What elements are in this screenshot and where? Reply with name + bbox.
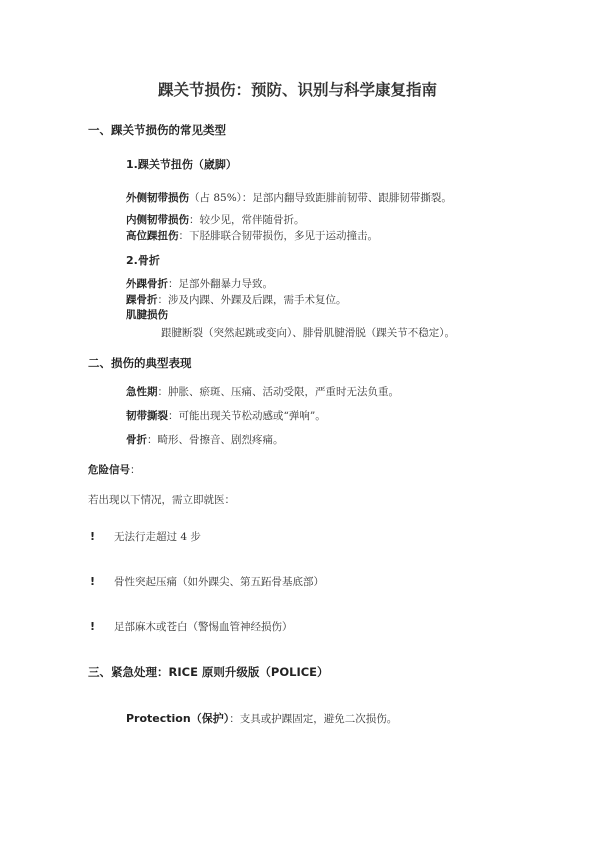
item-text: ：支具或护踝固定，避免二次损伤。 <box>229 713 397 725</box>
item-ligament-tear: 韧带撕裂：可能出现关节松动感或“弹响”。 <box>126 408 326 423</box>
item-lateral-malleolus-fracture: 外踝骨折：足部外翻暴力导致。 <box>126 276 273 291</box>
item-fracture-signs: 骨折：畸形、骨擦音、剧烈疼痛。 <box>126 432 284 447</box>
item-high-ankle-sprain: 高位踝扭伤：下胫腓联合韧带损伤，多见于运动撞击。 <box>126 228 378 243</box>
tendon-injury-text: 跟腱断裂（突然起跳或变向）、腓骨肌腱滑脱（踝关节不稳定）。 <box>161 325 455 340</box>
item-text: ：足部外翻暴力导致。 <box>168 278 273 290</box>
item-label: 外侧韧带损伤 <box>126 192 189 204</box>
document-title: 踝关节损伤：预防、识别与科学康复指南 <box>0 78 595 100</box>
item-text: ：可能出现关节松动感或“弹响”。 <box>168 410 326 422</box>
item-label: 内侧韧带损伤 <box>126 214 189 226</box>
item-text: ：畸形、骨擦音、剧烈疼痛。 <box>147 434 284 446</box>
item-lateral-ligament: 外侧韧带损伤（占 85%）：足部内翻导致距腓前韧带、跟腓韧带撕裂。 <box>126 190 452 205</box>
item-acute-phase: 急性期：肿胀、瘀斑、压痛、活动受限，严重时无法负重。 <box>126 384 399 399</box>
item-label: 踝骨折 <box>126 294 158 306</box>
section-1-heading: 一、踝关节损伤的常见类型 <box>88 122 226 138</box>
subsection-fracture-heading: 2.骨折 <box>126 252 160 268</box>
item-text: ：较少见，常伴随骨折。 <box>189 214 305 226</box>
item-text: ：下胫腓联合韧带损伤，多见于运动撞击。 <box>179 230 379 242</box>
item-ankle-fracture: 踝骨折：涉及内踝、外踝及后踝，需手术复位。 <box>126 292 347 307</box>
danger-item: !无法行走超过 4 步 <box>90 529 201 544</box>
item-text: （占 85%）：足部内翻导致距腓前韧带、跟腓韧带撕裂。 <box>189 192 452 204</box>
section-2-heading: 二、损伤的典型表现 <box>88 355 192 371</box>
danger-item: !骨性突起压痛（如外踝尖、第五跖骨基底部） <box>90 574 324 589</box>
item-label: 高位踝扭伤 <box>126 230 179 242</box>
danger-signals-heading: 危险信号： <box>88 462 141 477</box>
subsection-sprain-heading: 1.踝关节扭伤（崴脚） <box>126 156 237 172</box>
item-label: Protection（保护） <box>126 712 229 725</box>
item-text: ：涉及内踝、外踝及后踝，需手术复位。 <box>158 294 347 306</box>
item-label: 急性期 <box>126 386 158 398</box>
item-medial-ligament: 内侧韧带损伤：较少见，常伴随骨折。 <box>126 212 305 227</box>
exclamation-icon: ! <box>90 530 114 543</box>
danger-item: !足部麻木或苍白（警惕血管神经损伤） <box>90 619 293 634</box>
section-3-heading: 三、紧急处理：RICE 原则升级版（POLICE） <box>88 664 329 680</box>
item-label: 骨折 <box>126 434 147 446</box>
item-label: 外踝骨折 <box>126 278 168 290</box>
tendon-injury-heading: 肌腱损伤 <box>126 307 168 322</box>
item-protection: Protection（保护）：支具或护踝固定，避免二次损伤。 <box>126 710 397 726</box>
exclamation-icon: ! <box>90 575 114 588</box>
exclamation-icon: ! <box>90 620 114 633</box>
item-text: ：肿胀、瘀斑、压痛、活动受限，严重时无法负重。 <box>158 386 400 398</box>
danger-intro: 若出现以下情况，需立即就医： <box>88 492 235 507</box>
item-label: 韧带撕裂 <box>126 410 168 422</box>
